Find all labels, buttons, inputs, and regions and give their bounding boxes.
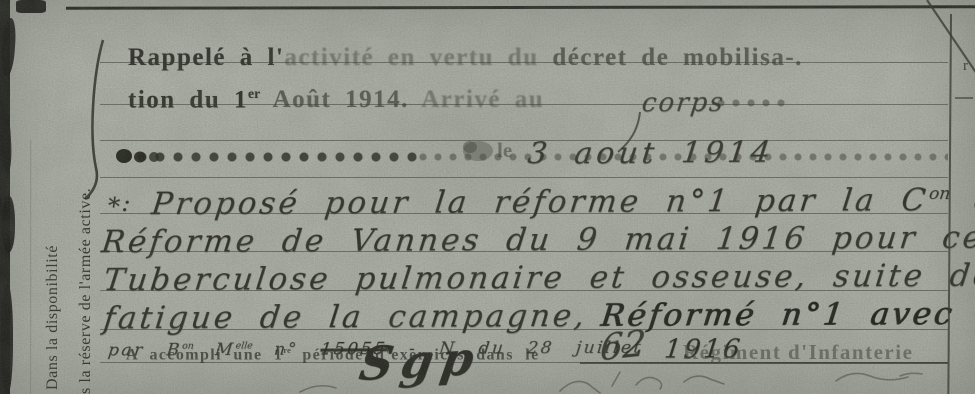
recall-line-2: tion du 1er Août 1914. Arrivé au [128, 86, 544, 114]
leader-dots-left [118, 150, 418, 163]
ruled-line-3 [100, 140, 948, 141]
recall-1-dark: Rappelé à l' [128, 44, 284, 71]
cutoff-stroke [900, 373, 922, 376]
scan-edge-blob [2, 196, 15, 252]
margin-label-reserve: s la réserve de l'armée active. [77, 188, 95, 394]
reform-4b: Réformé n°1 avec grat. [599, 295, 975, 333]
margin-label-disponibilite: Dans la disponibilité [44, 245, 62, 390]
initials-scrawl: Sgp [356, 331, 486, 392]
top-corner-mark [16, 0, 46, 13]
cutoff-stroke [684, 376, 724, 384]
regiment-printed: Régiment d'Infanterie [683, 340, 913, 365]
adjacent-column-fragment: r [963, 58, 968, 75]
scan-edge-blob [0, 108, 13, 172]
arrival-date-handwritten: 3 aout 1914 [526, 135, 776, 171]
reform-1b: de [947, 182, 975, 218]
corps-handwritten: corps [640, 88, 726, 118]
recall-1-mid: décret de mobilisa-. [552, 44, 803, 71]
reform-4a: fatigue de la campagne, [102, 298, 590, 337]
reform-line-4: fatigue de la campagne,Réformé n°1 avec … [102, 295, 975, 336]
ruled-line-4 [100, 177, 948, 178]
margin-reference-mark: ∗: [104, 186, 132, 217]
recall-2-dark: tion du 1 [128, 86, 248, 113]
corps-leader-dots [716, 96, 792, 109]
recall-1-faded: activité en vertu du [284, 44, 552, 71]
scan-edge-blob [1, 284, 13, 394]
le-printed: le [497, 138, 512, 163]
cutoff-stroke [560, 381, 600, 393]
cutoff-stroke [836, 373, 908, 381]
recall-2-mid: Août 1914. [260, 86, 409, 113]
regiment-number-scrawl: 62 [599, 323, 647, 369]
period-superscript: re [283, 345, 291, 355]
margin-brace [85, 40, 103, 199]
cutoff-stroke [636, 377, 662, 389]
recall-line-1: Rappelé à l'activité en vertu du décret … [128, 44, 803, 72]
top-rule [66, 5, 975, 10]
adjacent-column-dash [955, 97, 973, 99]
document-page: Dans la disponibilité s la réserve de l'… [0, 0, 975, 394]
page-fold-line [30, 140, 31, 394]
reform-line-2: Réforme de Vannes du 9 mai 1916 pour ce [100, 220, 975, 261]
recall-2-superscript: er [248, 86, 260, 101]
reform-1a: Proposé pour la réforme n°1 par la C [150, 182, 931, 222]
recall-2-faded: Arrivé au [409, 86, 544, 113]
period-a: A accompli une 1 [126, 346, 283, 363]
cutoff-stroke [612, 372, 620, 386]
cutoff-stroke [300, 386, 336, 392]
reform-line-1: Proposé pour la réforme n°1 par la Con d… [150, 182, 975, 223]
reform-line-3: Tuberculose pulmonaire et osseuse, suite… [102, 258, 975, 299]
